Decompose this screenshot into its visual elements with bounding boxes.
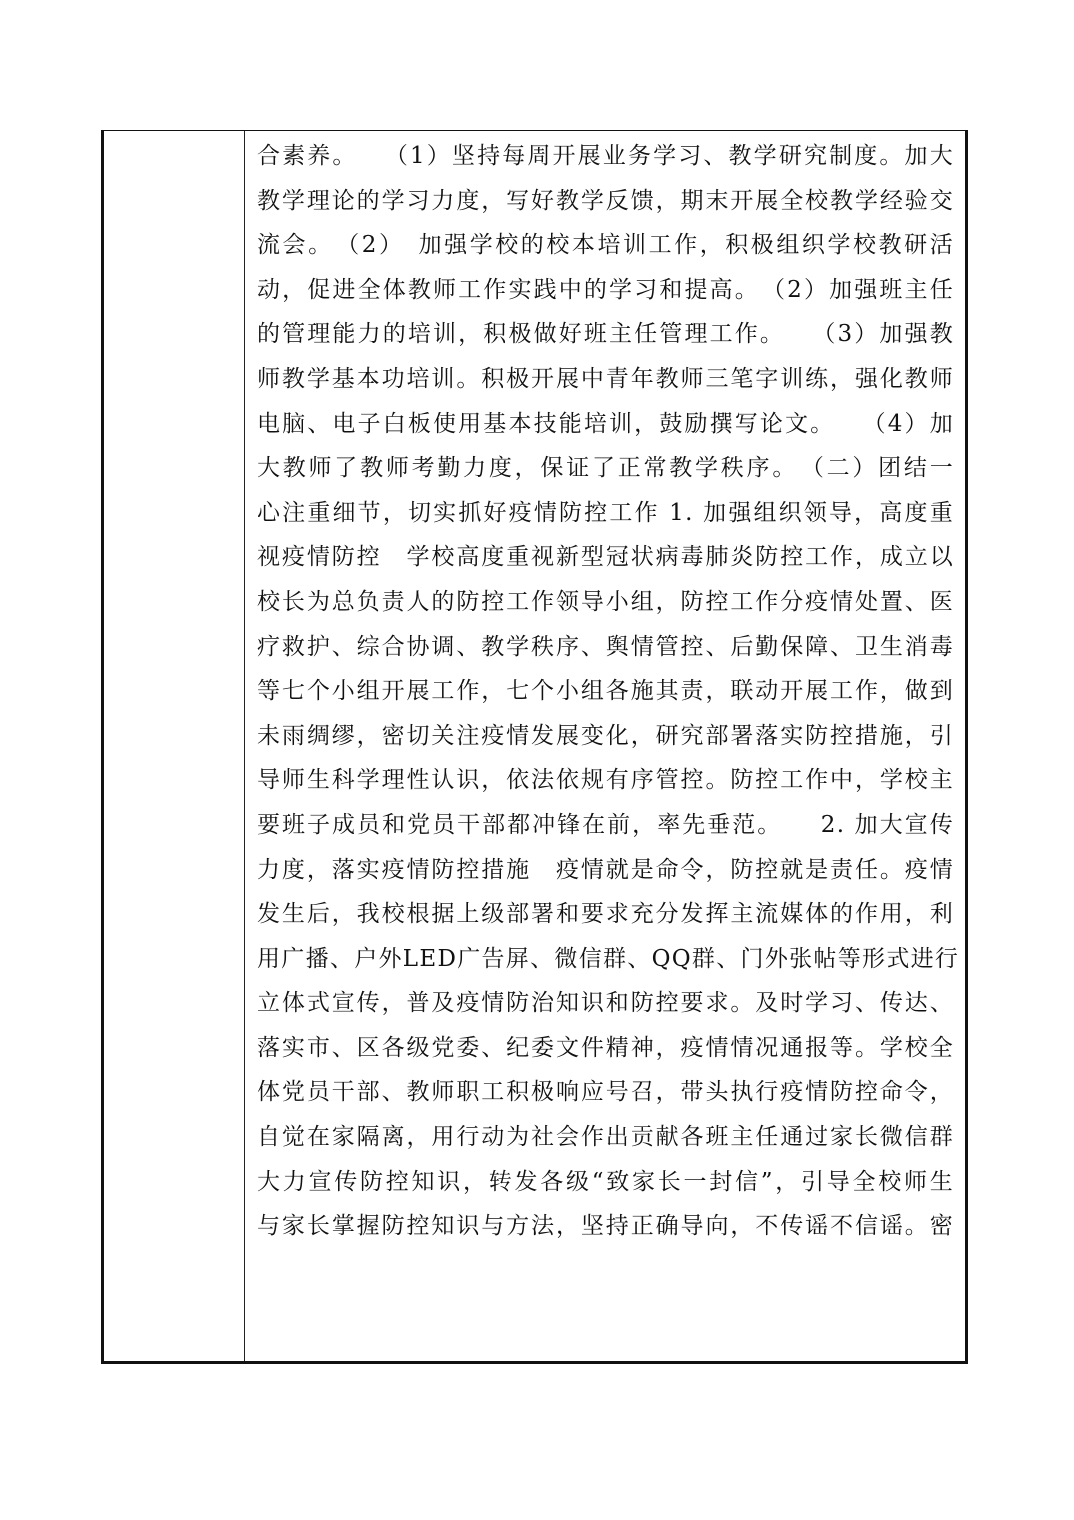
text-line: 动，促进全体教师工作实践中的学习和提高。 （2）加强班主任 bbox=[257, 268, 954, 313]
text-line: 用广播、户外LED广告屏、微信群、QQ群、门外张帖等形式进行 bbox=[257, 937, 954, 982]
text-line: 发生后，我校根据上级部署和要求充分发挥主流媒体的作用，利 bbox=[257, 892, 954, 937]
text-line: 体党员干部、教师职工积极响应号召，带头执行疫情防控命令， bbox=[257, 1070, 954, 1115]
table-content-cell: 合素养。 （1）坚持每周开展业务学习、教学研究制度。加大 教学理论的学习力度，写… bbox=[245, 131, 965, 1361]
text-line: 与家长掌握防控知识与方法，坚持正确导向，不传谣不信谣。密 bbox=[257, 1204, 954, 1249]
table-label-cell bbox=[104, 131, 245, 1361]
text-line: 未雨绸缪，密切关注疫情发展变化，研究部署落实防控措施，引 bbox=[257, 714, 954, 759]
text-line: 师教学基本功培训。积极开展中青年教师三笔字训练，强化教师 bbox=[257, 357, 954, 402]
text-line: 的管理能力的培训，积极做好班主任管理工作。 （3）加强教 bbox=[257, 312, 954, 357]
text-line: 大力宣传防控知识，转发各级“致家长一封信”，引导全校师生 bbox=[257, 1160, 954, 1205]
text-line: 力度，落实疫情防控措施 疫情就是命令，防控就是责任。疫情 bbox=[257, 848, 954, 893]
text-line: 导师生科学理性认识，依法依规有序管控。防控工作中，学校主 bbox=[257, 758, 954, 803]
text-line: 大教师了教师考勤力度，保证了正常教学秩序。 （二）团结一 bbox=[257, 446, 954, 491]
text-line: 立体式宣传，普及疫情防治知识和防控要求。及时学习、传达、 bbox=[257, 981, 954, 1026]
text-line: 校长为总负责人的防控工作领导小组，防控工作分疫情处置、医 bbox=[257, 580, 954, 625]
text-line: 要班子成员和党员干部都冲锋在前，率先垂范。 2. 加大宣传 bbox=[257, 803, 954, 848]
text-line: 疗救护、综合协调、教学秩序、舆情管控、后勤保障、卫生消毒 bbox=[257, 625, 954, 670]
text-line: 流会。 （2） 加强学校的校本培训工作，积极组织学校教研活 bbox=[257, 223, 954, 268]
text-line: 电脑、电子白板使用基本技能培训，鼓励撰写论文。 （4）加 bbox=[257, 402, 954, 447]
text-line: 自觉在家隔离，用行动为社会作出贡献各班主任通过家长微信群 bbox=[257, 1115, 954, 1160]
text-line: 落实市、区各级党委、纪委文件精神，疫情情况通报等。学校全 bbox=[257, 1026, 954, 1071]
text-line: 教学理论的学习力度，写好教学反馈，期末开展全校教学经验交 bbox=[257, 179, 954, 224]
document-table: 合素养。 （1）坚持每周开展业务学习、教学研究制度。加大 教学理论的学习力度，写… bbox=[101, 130, 968, 1364]
content-text: 合素养。 （1）坚持每周开展业务学习、教学研究制度。加大 教学理论的学习力度，写… bbox=[257, 134, 957, 1249]
text-line: 心注重细节，切实抓好疫情防控工作 1. 加强组织领导，高度重 bbox=[257, 491, 954, 536]
text-line: 等七个小组开展工作，七个小组各施其责，联动开展工作，做到 bbox=[257, 669, 954, 714]
text-line: 合素养。 （1）坚持每周开展业务学习、教学研究制度。加大 bbox=[257, 134, 954, 179]
text-line: 视疫情防控 学校高度重视新型冠状病毒肺炎防控工作，成立以 bbox=[257, 535, 954, 580]
